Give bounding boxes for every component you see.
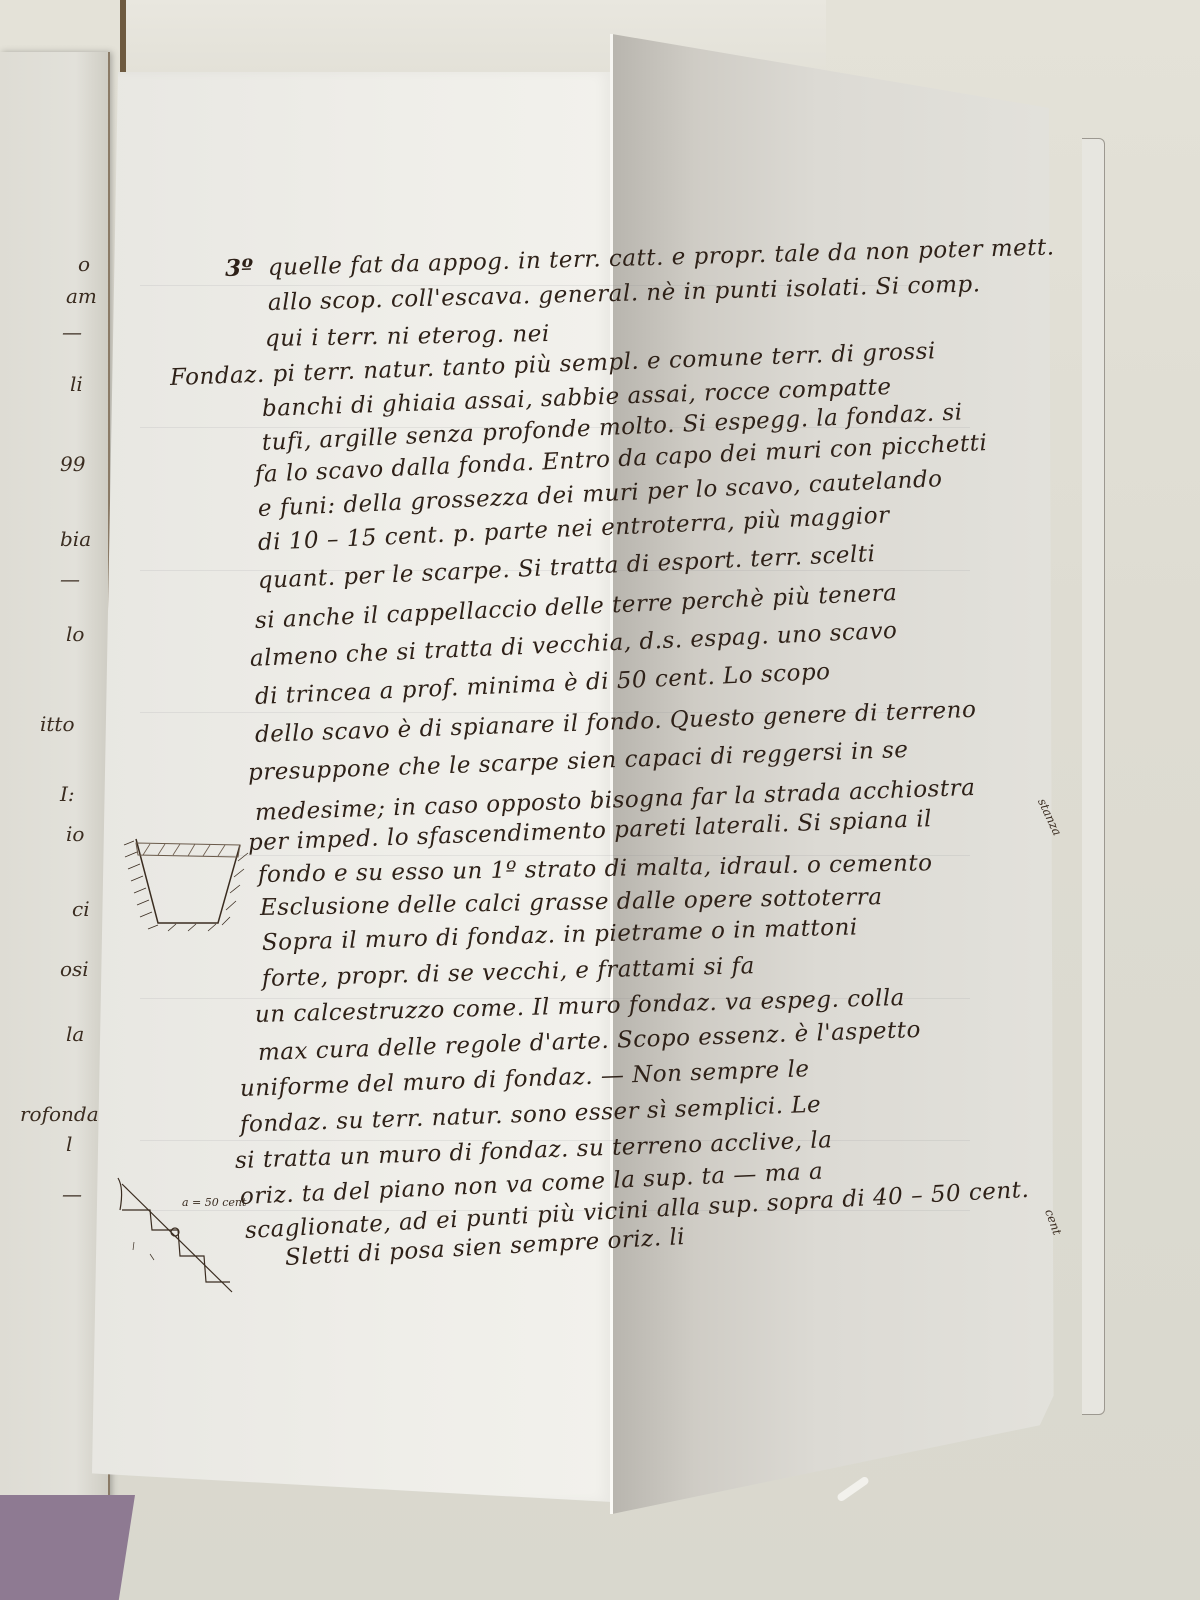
stepped-foundation-sketch (110, 1170, 240, 1300)
text-line: fondo e su esso un 1º strato di malta, i… (258, 850, 933, 888)
sketch-scale-label: a = 50 cent (182, 1196, 246, 1209)
margin-note-bottom-right: cent (1042, 1207, 1064, 1237)
section-number: 3º (225, 254, 254, 282)
margin-note-right: stanza (1035, 796, 1064, 838)
photograph-scene: o am — li 99 bia — lo itto I: io ci osi … (0, 0, 1200, 1600)
handwritten-text: 3º quelle fat da appog. in terr. catt. e… (0, 0, 1200, 1600)
trench-cross-section-sketch (118, 835, 258, 935)
text-line: qui i terr. ni eterog. nei (265, 321, 550, 352)
text-line: Sopra il muro di fondaz. in pietrame o i… (262, 914, 858, 956)
text-line: forte, propr. di se vecchi, e frattami s… (262, 953, 756, 992)
